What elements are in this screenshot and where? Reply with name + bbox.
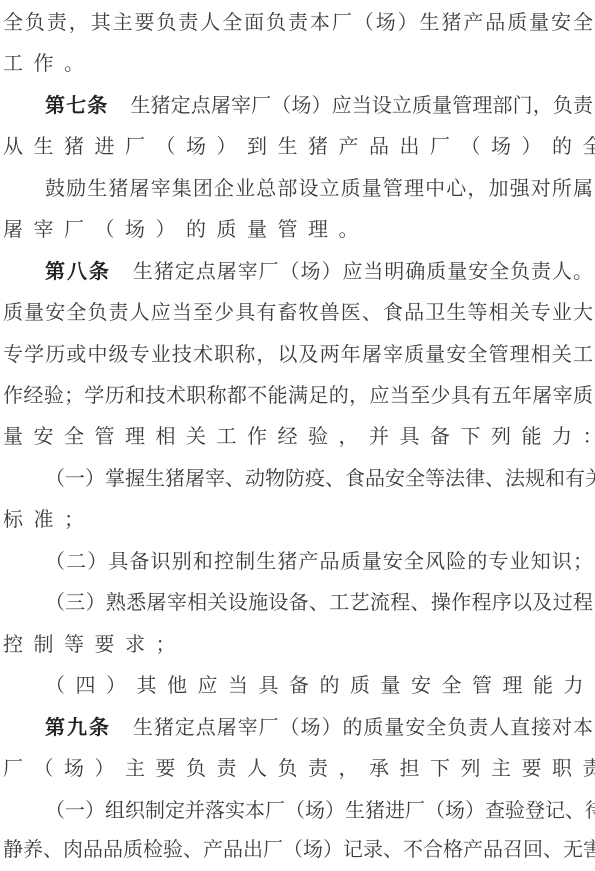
line-text: 生猪定点屠宰厂（场）应当明确质量安全负责人。 bbox=[133, 259, 593, 283]
line-text: （一）组织制定并落实本厂（场）生猪进厂（场）查验登记、待宰 bbox=[45, 798, 595, 822]
text-line-4: 从生猪进厂（场）到生猪产品出厂（场）的全过程质量管理。 bbox=[3, 131, 593, 161]
line-text: 从生猪进厂（场）到生猪产品出厂（场）的全过程质量管理。 bbox=[3, 134, 595, 158]
list-item-3-line: （三）熟悉屠宰相关设施设备、工艺流程、操作程序以及过程 bbox=[3, 587, 593, 617]
line-text: 控制等要求； bbox=[3, 632, 186, 656]
line-text: 生猪定点屠宰厂（场）的质量安全负责人直接对本 bbox=[133, 715, 593, 739]
line-text: （二）具备识别和控制生猪产品质量安全风险的专业知识； bbox=[45, 549, 593, 573]
text-line-1: 全负责，其主要负责人全面负责本厂（场）生猪产品质量安全 bbox=[3, 7, 593, 37]
text-line-2: 工作。 bbox=[3, 48, 593, 78]
line-text: 静养、肉品品质检验、产品出厂（场）记录、不合格产品召回、无害 bbox=[3, 837, 595, 861]
list-item-1-line: （一）掌握生猪屠宰、动物防疫、食品安全等法律、法规和有关 bbox=[3, 463, 593, 493]
list-item-4-line: （四）其他应当具备的质量安全管理能力。 bbox=[3, 670, 593, 700]
line-text: 全负责，其主要负责人全面负责本厂（场）生猪产品质量安全 bbox=[3, 10, 593, 34]
line-text: 标准； bbox=[3, 507, 95, 531]
line-text: 生猪定点屠宰厂（场）应当设立质量管理部门，负责 bbox=[130, 93, 593, 117]
text-line-10: 作经验；学历和技术职称都不能满足的，应当至少具有五年屠宰质 bbox=[3, 380, 593, 410]
line-text: 鼓励生猪屠宰集团企业总部设立质量管理中心，加强对所属 bbox=[45, 176, 593, 200]
text-line-11: 量安全管理相关工作经验，并具备下列能力： bbox=[3, 421, 593, 451]
line-text: （四）其他应当具备的质量安全管理能力。 bbox=[45, 673, 595, 697]
line-text: 工作。 bbox=[3, 51, 95, 75]
line-text: 质量安全负责人应当至少具有畜牧兽医、食品卫生等相关专业大 bbox=[3, 300, 593, 324]
text-line-21: 静养、肉品品质检验、产品出厂（场）记录、不合格产品召回、无害 bbox=[3, 834, 593, 864]
article-label: 第八条 bbox=[45, 259, 111, 283]
text-line-6: 屠宰厂（场）的质量管理。 bbox=[3, 214, 593, 244]
text-line-8: 质量安全负责人应当至少具有畜牧兽医、食品卫生等相关专业大 bbox=[3, 297, 593, 327]
duty-item-1-line: （一）组织制定并落实本厂（场）生猪进厂（场）查验登记、待宰 bbox=[3, 795, 593, 825]
article-label: 第九条 bbox=[45, 715, 111, 739]
line-text: （一）掌握生猪屠宰、动物防疫、食品安全等法律、法规和有关 bbox=[45, 466, 595, 490]
text-line-13: 标准； bbox=[3, 504, 593, 534]
line-text: （三）熟悉屠宰相关设施设备、工艺流程、操作程序以及过程 bbox=[45, 590, 593, 614]
list-item-2-line: （二）具备识别和控制生猪产品质量安全风险的专业知识； bbox=[3, 546, 593, 576]
text-line-5: 鼓励生猪屠宰集团企业总部设立质量管理中心，加强对所属 bbox=[3, 173, 593, 203]
text-line-16: 控制等要求； bbox=[3, 629, 593, 659]
article-8-heading-line: 第八条生猪定点屠宰厂（场）应当明确质量安全负责人。 bbox=[3, 256, 593, 286]
line-text: 作经验；学历和技术职称都不能满足的，应当至少具有五年屠宰质 bbox=[3, 383, 593, 407]
line-text: 屠宰厂（场）的质量管理。 bbox=[3, 217, 369, 241]
text-line-9: 专学历或中级专业技术职称，以及两年屠宰质量安全管理相关工 bbox=[3, 339, 593, 369]
line-text: 厂（场）主要负责人负责，承担下列主要职责： bbox=[3, 756, 595, 780]
text-line-19: 厂（场）主要负责人负责，承担下列主要职责： bbox=[3, 753, 593, 783]
article-7-heading-line: 第七条生猪定点屠宰厂（场）应当设立质量管理部门，负责 bbox=[3, 90, 593, 120]
article-9-heading-line: 第九条生猪定点屠宰厂（场）的质量安全负责人直接对本 bbox=[3, 712, 593, 742]
article-label: 第七条 bbox=[45, 93, 108, 117]
line-text: 专学历或中级专业技术职称，以及两年屠宰质量安全管理相关工 bbox=[3, 342, 593, 366]
line-text: 量安全管理相关工作经验，并具备下列能力： bbox=[3, 424, 595, 448]
